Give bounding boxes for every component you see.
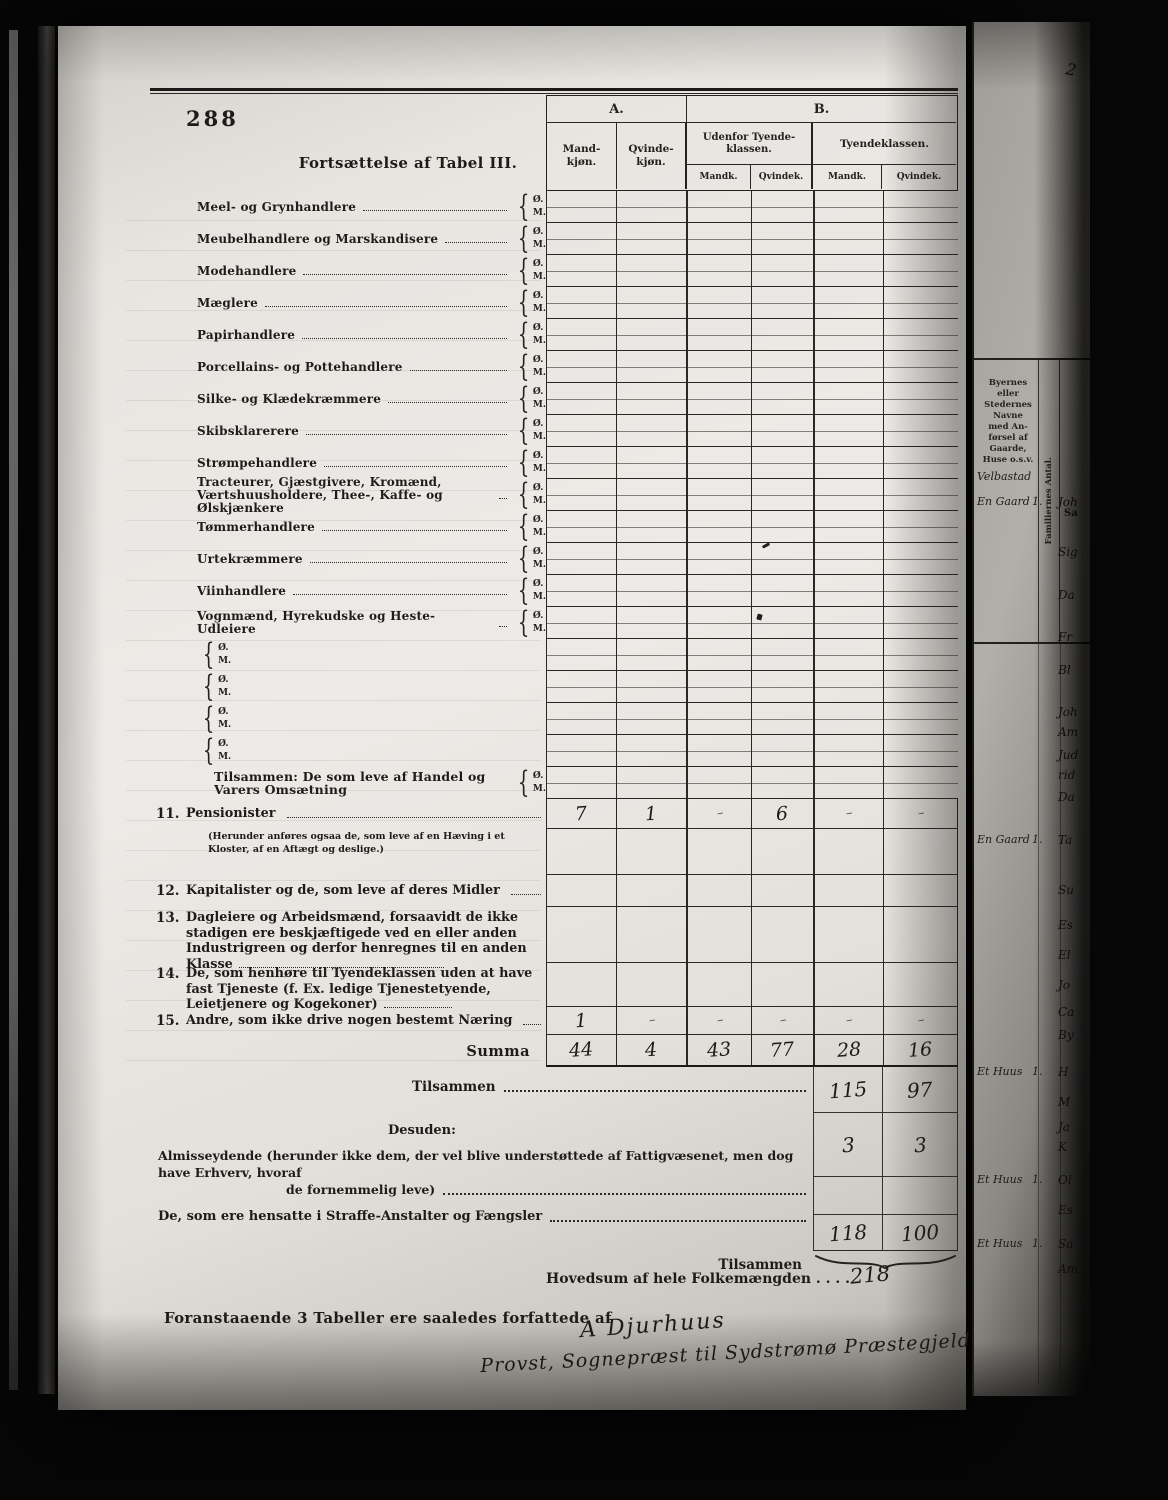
grid-cell	[616, 829, 686, 874]
brace-glyph: {	[203, 736, 214, 766]
subcolumn-qvindek: Qvindek.	[882, 165, 956, 189]
adjacent-entry: M	[974, 1095, 1090, 1113]
adjacent-entry: El	[974, 948, 1090, 966]
item-row: 11.Pensionister71–6––	[150, 799, 958, 829]
grid-cell	[546, 907, 616, 962]
item-label-cell: 14.De, som henhøre til Tyendeklassen ude…	[150, 963, 546, 1007]
adjacent-entry: Joh	[974, 705, 1090, 723]
brace-glyph: {	[518, 448, 529, 478]
brace-letter-top: Ø.	[533, 418, 546, 431]
item-row: 15.Andre, som ikke drive nogen bestemt N…	[150, 1007, 958, 1035]
brace-letters: Ø.M.	[533, 354, 546, 380]
occupation-label: Skibsklarerere	[197, 425, 299, 438]
name-fragment: Joh	[1058, 495, 1078, 509]
tilsammen-label: Tilsammen	[412, 1079, 496, 1095]
grid-cells: 71–6––	[546, 799, 958, 829]
subrow-divider	[546, 527, 958, 528]
name-fragment: Ta	[1058, 833, 1072, 847]
handwritten-value: 28	[836, 1038, 862, 1062]
column-mandkjoen: Mand- kjøn.	[547, 123, 617, 189]
grid-cell: –	[883, 1007, 958, 1034]
dotted-leader	[302, 338, 507, 339]
grid-cell: 6	[751, 799, 813, 828]
name-fragment: M	[1058, 1095, 1070, 1109]
item-row: 12.Kapitalister og de, som leve af deres…	[150, 875, 958, 907]
brace-letters: Ø.M.	[533, 610, 546, 636]
subrow-divider	[546, 239, 958, 240]
adjacent-entry: Bl	[974, 663, 1090, 681]
tilsammen-values-row: 115 97	[813, 1067, 958, 1113]
brace-letter-top: Ø.	[533, 194, 546, 207]
almisse-label-block: Almisseydende (herunder ikke dem, der ve…	[158, 1147, 806, 1198]
brace-letter-top: Ø.	[533, 258, 546, 271]
row-brace: {Ø.M.	[514, 512, 546, 542]
grid-cells	[546, 255, 958, 287]
row-brace: {Ø.M.	[514, 288, 546, 318]
grid-cell: –	[686, 799, 751, 828]
row-brace: {Ø.M.	[514, 608, 546, 638]
row-brace: {Ø.M.	[514, 256, 546, 286]
grid-cell	[686, 829, 751, 874]
row-brace: {Ø.M.	[514, 544, 546, 574]
brace-letters: Ø.M.	[218, 642, 231, 668]
handwritten-value: 118	[828, 1219, 868, 1246]
handwritten-value: 100	[900, 1219, 940, 1246]
handwritten-value: –	[715, 1013, 723, 1029]
grid-cell	[813, 829, 883, 874]
census-table: A. B. Mand- kjøn. Qvinde- kjøn. Udenfor …	[150, 95, 958, 1067]
grid-cell	[616, 907, 686, 962]
dotted-leader	[306, 434, 507, 435]
grid-cell: –	[751, 1007, 813, 1034]
subrow-divider	[546, 591, 958, 592]
dotted-leader	[410, 370, 507, 371]
row-brace: {Ø.M.	[199, 672, 231, 702]
row-brace: {Ø.M.	[199, 736, 231, 766]
subrow-divider	[546, 207, 958, 208]
summa-row: Summa44443772816	[150, 1035, 958, 1067]
occupation-label: Viinhandlere	[197, 585, 286, 598]
brace-letter-bottom: M.	[218, 719, 231, 732]
row-brace: {Ø.M.	[514, 768, 546, 798]
adjacent-entry: Et Huus1.Ol	[974, 1173, 1090, 1191]
adjacent-entry: Sig	[974, 545, 1090, 563]
brace-letter-bottom: M.	[533, 303, 546, 316]
occupation-label-cell: Skibsklarerere{Ø.M.	[150, 415, 546, 447]
total-cell: 100	[883, 1215, 958, 1250]
name-fragment: Am	[1058, 725, 1078, 739]
subcolumn-mandk: Mandk.	[687, 165, 751, 189]
grid-cell: 43	[686, 1035, 751, 1065]
handwritten-value: 16	[908, 1038, 934, 1062]
adjacent-entry: Et Huus1.Sa	[974, 1237, 1090, 1255]
brace-letters: Ø.M.	[533, 770, 546, 796]
total-cell: 3	[883, 1113, 958, 1176]
brace-letters: Ø.M.	[533, 514, 546, 540]
adjacent-entry: Jud	[974, 748, 1090, 766]
brace-letters: Ø.M.	[533, 546, 546, 572]
table-body: Meel- og Grynhandlere{Ø.M.Meubelhandlere…	[150, 191, 958, 1067]
subcolumn-mandk: Mandk.	[813, 165, 882, 189]
item-label: Andre, som ikke drive nogen bestemt Næri…	[186, 1013, 516, 1029]
total-cell: 3	[813, 1113, 883, 1176]
grid-cell	[883, 875, 958, 906]
occupation-label: Papirhandlere	[197, 329, 295, 342]
place-name: En Gaard	[977, 833, 1030, 846]
item-label-cell: 15.Andre, som ikke drive nogen bestemt N…	[150, 1007, 546, 1035]
item-number: 12.	[156, 883, 186, 899]
occupation-row: Tracteurer, Gjæstgivere, Kromænd, Værtsh…	[150, 479, 958, 511]
brace-letter-bottom: M.	[533, 431, 546, 444]
grid-cell: 16	[883, 1035, 958, 1065]
grid-cells	[546, 829, 958, 875]
name-fragment: Sig	[1058, 545, 1078, 559]
subrow-divider	[546, 559, 958, 560]
table-header: A. B. Mand- kjøn. Qvinde- kjøn. Udenfor …	[546, 95, 958, 191]
brace-letter-top: Ø.	[533, 386, 546, 399]
tilsammen-row: Tilsammen: De som leve af Handel og Vare…	[150, 767, 958, 799]
subrow-divider	[546, 655, 958, 656]
place-name: Et Huus	[977, 1065, 1022, 1078]
grid-cells	[546, 415, 958, 447]
brace-letters: Ø.M.	[533, 194, 546, 220]
handwritten-value: 3	[841, 1132, 855, 1157]
occupation-label-cell: {Ø.M.	[150, 671, 546, 703]
dotted-leader	[293, 594, 507, 595]
column-group-b: B.	[687, 96, 956, 123]
adjacent-entry: Es	[974, 1203, 1090, 1221]
grid-cell	[686, 963, 751, 1006]
total-cell	[813, 1177, 883, 1214]
handwritten-value: –	[845, 1013, 853, 1029]
brace-letter-top: Ø.	[533, 578, 546, 591]
brace-letter-top: Ø.	[533, 226, 546, 239]
grid-cell	[883, 829, 958, 874]
subrow-divider	[546, 783, 958, 784]
name-fragment: Da	[1058, 790, 1075, 804]
occupation-label: Vognmænd, Hyrekudske og Heste-Udleiere	[197, 610, 492, 636]
grid-cell	[686, 875, 751, 906]
dotted-leader	[287, 817, 542, 818]
grid-cells	[546, 703, 958, 735]
place-name: Et Huus	[977, 1173, 1022, 1186]
grid-cells	[546, 447, 958, 479]
row-brace: {Ø.M.	[514, 352, 546, 382]
item-label: De, som henhøre til Tyendeklassen uden a…	[186, 966, 546, 1013]
handwritten-value: 1	[575, 1009, 589, 1032]
name-fragment: Am	[1058, 1262, 1078, 1276]
handwritten-value: 43	[707, 1038, 733, 1062]
totals-section: 115 97 3 3 118 100 Tilsammen Desuden: Al…	[150, 1067, 958, 1397]
row-brace: {Ø.M.	[514, 384, 546, 414]
brace-letter-top: Ø.	[218, 706, 231, 719]
subrow-divider	[546, 271, 958, 272]
adjacent-entry: K	[974, 1140, 1090, 1158]
brace-letters: Ø.M.	[533, 418, 546, 444]
subrow-divider	[546, 399, 958, 400]
place-name: Et Huus	[977, 1237, 1022, 1250]
brace-glyph: {	[518, 544, 529, 574]
grid-cell: –	[813, 799, 883, 828]
handwritten-value: 77	[770, 1038, 796, 1062]
grid-cell: 44	[546, 1035, 616, 1065]
handwritten-value: 44	[569, 1038, 595, 1062]
adjacent-entry: Su	[974, 883, 1090, 901]
brace-letter-bottom: M.	[218, 687, 231, 700]
grand-total-value: 218	[849, 1261, 891, 1288]
family-count: 1.	[1032, 1173, 1043, 1186]
brace-glyph: {	[518, 768, 529, 798]
grid-cells	[546, 191, 958, 223]
grid-cell	[751, 907, 813, 962]
name-fragment: Ja	[1058, 1120, 1070, 1134]
table-top-rule-thin	[150, 93, 958, 94]
name-fragment: Ca	[1058, 1005, 1074, 1019]
grid-cells: 1–––––	[546, 1007, 958, 1035]
almisse-line2-row: de fornemmelig leve)	[158, 1181, 806, 1198]
adjacent-entry: rid	[974, 768, 1090, 786]
tilsammen-label: Tilsammen: De som leve af Handel og Vare…	[214, 770, 512, 796]
grid-cell	[686, 907, 751, 962]
brace-letter-bottom: M.	[533, 399, 546, 412]
brace-letter-bottom: M.	[533, 559, 546, 572]
name-fragment: rid	[1058, 768, 1075, 782]
tilsammen2-values-row: 118 100	[813, 1215, 958, 1251]
name-fragment: Da	[1058, 588, 1075, 602]
brace-glyph: {	[518, 352, 529, 382]
occupation-label-cell: Urtekræmmere{Ø.M.	[150, 543, 546, 575]
total-cell	[883, 1177, 958, 1214]
name-fragment: Fr	[1058, 630, 1072, 644]
brace-letter-bottom: M.	[533, 591, 546, 604]
occupation-label: Modehandlere	[197, 265, 296, 278]
grid-cell	[616, 963, 686, 1006]
dotted-leader	[499, 498, 507, 499]
tilsammen-label-cell: Tilsammen: De som leve af Handel og Vare…	[150, 767, 546, 799]
occupation-row: Skibsklarerere{Ø.M.	[150, 415, 958, 447]
family-count: 1.	[1032, 833, 1043, 846]
occupation-label-cell: Tracteurer, Gjæstgivere, Kromænd, Værtsh…	[150, 479, 546, 511]
row-brace: {Ø.M.	[514, 416, 546, 446]
name-fragment: Sa	[1058, 1237, 1073, 1251]
name-fragment: H	[1058, 1065, 1068, 1079]
occupation-row: Silke- og Klædekræmmere{Ø.M.	[150, 383, 958, 415]
grid-cell	[883, 963, 958, 1006]
item-label: Kapitalister og de, som leve af deres Mi…	[186, 883, 504, 899]
brace-glyph: {	[518, 288, 529, 318]
attestation-line: Foranstaaende 3 Tabeller ere saaledes fo…	[164, 1309, 612, 1327]
occupation-row: Meel- og Grynhandlere{Ø.M.	[150, 191, 958, 223]
grid-cell: –	[813, 1007, 883, 1034]
handwritten-value: 97	[906, 1077, 933, 1103]
family-count: 1.	[1032, 1237, 1043, 1250]
brace-letter-bottom: M.	[533, 239, 546, 252]
grid-cells	[546, 767, 958, 799]
grid-cells	[546, 671, 958, 703]
adjacent-entry: Ja	[974, 1120, 1090, 1138]
handwritten-value: 6	[776, 802, 790, 825]
name-fragment: K	[1058, 1140, 1067, 1154]
grid-cell: 1	[546, 1007, 616, 1034]
row-brace: {Ø.M.	[199, 704, 231, 734]
row-brace: {Ø.M.	[514, 320, 546, 350]
dotted-leader	[443, 1193, 806, 1195]
subrow-divider	[546, 431, 958, 432]
grid-cell: –	[883, 799, 958, 828]
dotted-leader	[265, 306, 507, 307]
almisse-values-row: 3 3	[813, 1113, 958, 1177]
item-label-cell: 12.Kapitalister og de, som leve af deres…	[150, 875, 546, 907]
occupation-row: {Ø.M.	[150, 639, 958, 671]
brace-letter-top: Ø.	[218, 738, 231, 751]
dotted-leader	[388, 402, 507, 403]
grid-cells: 44443772816	[546, 1035, 958, 1067]
handwritten-value: –	[715, 806, 723, 822]
brace-letter-bottom: M.	[533, 271, 546, 284]
item-label-cell: 11.Pensionister	[150, 799, 546, 829]
scanned-census-page: { "page": { "number": "288", "title": "F…	[0, 0, 1168, 1500]
occupation-label: Porcellains- og Pottehandlere	[197, 361, 403, 374]
family-count: 1.	[1032, 1065, 1043, 1078]
occupation-label: Silke- og Klædekræmmere	[197, 393, 381, 406]
brace-letter-bottom: M.	[533, 495, 546, 508]
occupation-label: Tømmerhandlere	[197, 521, 315, 534]
brace-letters: Ø.M.	[533, 450, 546, 476]
item-number: 14.	[156, 966, 186, 982]
dotted-leader	[363, 210, 507, 211]
grid-cells	[546, 575, 958, 607]
grid-cell: –	[686, 1007, 751, 1034]
row-brace: {Ø.M.	[514, 448, 546, 478]
name-fragment: Jud	[1058, 748, 1078, 762]
occupation-label-cell: Modehandlere{Ø.M.	[150, 255, 546, 287]
occupation-row: {Ø.M.	[150, 735, 958, 767]
name-fragment: Su	[1058, 883, 1074, 897]
dotted-leader	[445, 242, 507, 243]
name-fragment: Es	[1058, 918, 1073, 932]
brace-glyph: {	[518, 480, 529, 510]
adjacent-entry: Am	[974, 725, 1090, 743]
handwritten-value: 7	[575, 802, 589, 825]
item-row: 14.De, som henhøre til Tyendeklassen ude…	[150, 963, 958, 1007]
total-cell: 118	[813, 1215, 883, 1250]
brace-letter-top: Ø.	[533, 770, 546, 783]
brace-glyph: {	[518, 416, 529, 446]
brace-letter-bottom: M.	[533, 783, 546, 796]
item-number: 11.	[156, 806, 186, 822]
brace-letter-bottom: M.	[533, 463, 546, 476]
occupation-row: Urtekræmmere{Ø.M.	[150, 543, 958, 575]
totals-column-strip: 115 97 3 3 118 100	[813, 1067, 958, 1251]
brace-glyph: {	[518, 384, 529, 414]
item-number: 13.	[156, 910, 186, 926]
dotted-leader	[322, 530, 507, 531]
dotted-leader	[550, 1220, 806, 1222]
name-fragment: Ol	[1058, 1173, 1072, 1187]
brace-letter-bottom: M.	[533, 623, 546, 636]
item-label: Pensionister	[186, 806, 280, 822]
grid-cell	[813, 963, 883, 1006]
occupation-label-cell: Meubelhandlere og Marskandisere{Ø.M.	[150, 223, 546, 255]
occupation-row: Porcellains- og Pottehandlere{Ø.M.	[150, 351, 958, 383]
item-note: (Herunder anføres ogsaa de, som leve af …	[208, 831, 532, 856]
item-number: 15.	[156, 1013, 186, 1029]
straffe-values-row	[813, 1177, 958, 1215]
handwritten-value: –	[916, 806, 924, 822]
handwritten-value: –	[845, 806, 853, 822]
grid-cell	[546, 875, 616, 906]
occupation-row: Vognmænd, Hyrekudske og Heste-Udleiere{Ø…	[150, 607, 958, 639]
subrow-divider	[546, 463, 958, 464]
adjacent-entry: Es	[974, 918, 1090, 936]
brace-letter-bottom: M.	[533, 207, 546, 220]
grid-cells	[546, 639, 958, 671]
name-fragment: Es	[1058, 1203, 1073, 1217]
item-note-cell: (Herunder anføres ogsaa de, som leve af …	[150, 829, 546, 875]
brace-letter-bottom: M.	[533, 367, 546, 380]
occupation-label-cell: {Ø.M.	[150, 703, 546, 735]
brace-letters: Ø.M.	[533, 482, 546, 508]
book-spine-strip	[38, 26, 55, 1394]
almisse-line2: de fornemmelig leve)	[286, 1181, 435, 1198]
occupation-label-cell: {Ø.M.	[150, 735, 546, 767]
brace-letter-top: Ø.	[533, 514, 546, 527]
place-name: En Gaard	[977, 495, 1030, 508]
grid-cell: –	[616, 1007, 686, 1034]
adjacent-entry: Et Huus1.H	[974, 1065, 1090, 1083]
brace-letters: Ø.M.	[533, 386, 546, 412]
occupation-label: Tracteurer, Gjæstgivere, Kromænd, Værtsh…	[197, 476, 492, 515]
grid-cells	[546, 223, 958, 255]
item-label-cell: 13.Dagleiere og Arbeidsmænd, forsaavidt …	[150, 907, 546, 963]
occupation-label-cell: Vognmænd, Hyrekudske og Heste-Udleiere{Ø…	[150, 607, 546, 639]
grid-cell	[813, 907, 883, 962]
occupation-row: Viinhandlere{Ø.M.	[150, 575, 958, 607]
brace-glyph: {	[518, 320, 529, 350]
subrow-divider	[546, 687, 958, 688]
occupation-label: Mæglere	[197, 297, 258, 310]
grid-cell	[616, 875, 686, 906]
row-brace: {Ø.M.	[514, 224, 546, 254]
grid-cell	[546, 963, 616, 1006]
adjacent-entry: Velbastad	[974, 470, 1090, 488]
occupation-row: Modehandlere{Ø.M.	[150, 255, 958, 287]
column-tyendeklassen: Tyendeklassen.	[813, 123, 956, 165]
book-spine-strip	[9, 30, 18, 1390]
row-brace: {Ø.M.	[199, 640, 231, 670]
grid-cells	[546, 875, 958, 907]
table-top-rule	[150, 88, 958, 91]
brace-glyph: {	[518, 512, 529, 542]
grid-cells	[546, 479, 958, 511]
occupation-label-cell: Papirhandlere{Ø.M.	[150, 319, 546, 351]
row-brace: {Ø.M.	[514, 576, 546, 606]
handwritten-value: –	[778, 1013, 786, 1029]
dotted-leader	[324, 466, 507, 467]
subrow-divider	[546, 623, 958, 624]
brace-letter-top: Ø.	[533, 322, 546, 335]
occupation-row: Mæglere{Ø.M.	[150, 287, 958, 319]
adjacent-entry: Da	[974, 790, 1090, 808]
straffe-label-row: De, som ere hensatte i Straffe-Anstalter…	[158, 1209, 806, 1224]
name-fragment: By	[1058, 1028, 1074, 1042]
brace-glyph: {	[203, 640, 214, 670]
dotted-leader	[303, 274, 506, 275]
occupation-label: Meel- og Grynhandlere	[197, 201, 356, 214]
brace-letters: Ø.M.	[218, 674, 231, 700]
total-cell: 115	[813, 1067, 883, 1112]
occupation-row: Tømmerhandlere{Ø.M.	[150, 511, 958, 543]
